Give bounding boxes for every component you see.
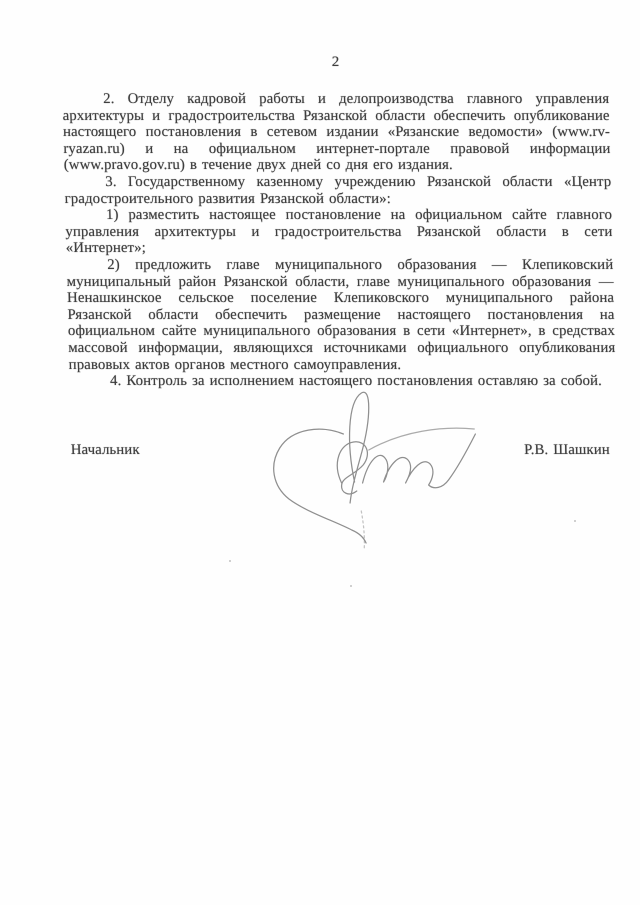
signature-scribble-icon	[259, 380, 495, 558]
page-content: 2. Отделу кадровой работы и делопроизвод…	[62, 91, 618, 458]
paragraph-item-3-sub-1: 1) разместить настоящее постановление на…	[65, 207, 613, 257]
job-title: Начальник	[71, 442, 140, 459]
scan-speck	[574, 520, 576, 522]
paragraph-item-3-sub-2: 2) предложить главе муниципального образ…	[66, 257, 616, 373]
paragraph-item-4: 4. Контроль за исполнением настоящего по…	[69, 373, 616, 390]
scan-speck	[533, 319, 535, 321]
scan-speck	[612, 300, 614, 302]
paragraph-item-3: 3. Государственному казенному учреждению…	[64, 174, 612, 207]
paragraph-item-2: 2. Отделу кадровой работы и делопроизвод…	[62, 91, 611, 174]
page-number: 2	[62, 54, 609, 71]
document-page: 2 2. Отделу кадровой работы и делопроизв…	[0, 0, 640, 905]
scan-speck	[350, 585, 352, 587]
signatory-name: Р.В. Шашкин	[524, 442, 610, 459]
scan-speck	[229, 560, 231, 562]
signature-block: Начальник Р.В. Шашкин	[71, 442, 618, 459]
